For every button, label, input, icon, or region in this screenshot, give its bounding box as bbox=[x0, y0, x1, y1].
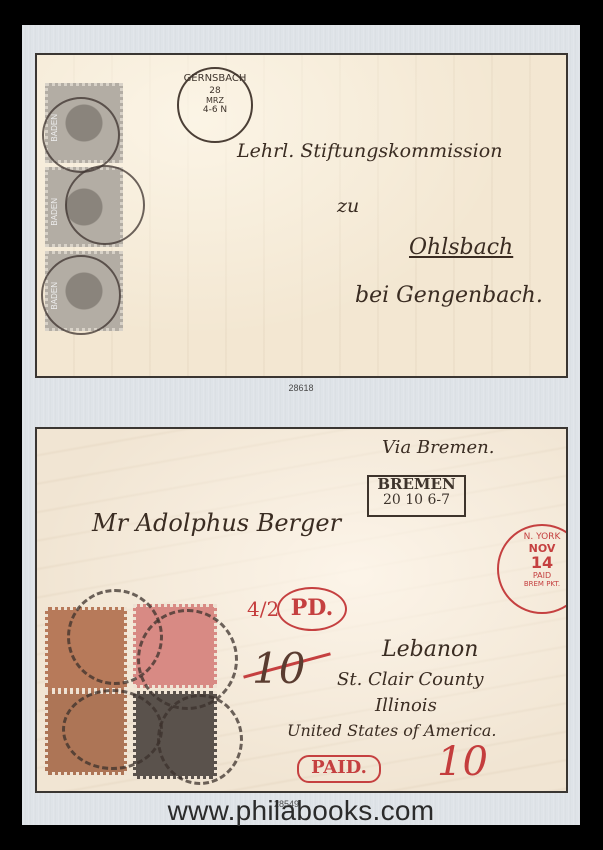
rate-10: 10 bbox=[437, 739, 488, 785]
paid-mark: PAID. bbox=[297, 755, 381, 783]
cancel-mark bbox=[41, 255, 121, 335]
address-line: United States of America. bbox=[287, 721, 496, 740]
address-line: Illinois bbox=[375, 695, 437, 716]
rate-scrawl: 10 bbox=[252, 644, 305, 693]
cover-gernsbach: BADEN BADEN BADEN GERNSBACH 28 MRZ 4-6 N… bbox=[35, 53, 568, 378]
cancel-mark bbox=[62, 689, 163, 770]
address-line: Ohlsbach bbox=[409, 235, 513, 260]
address-line: bei Gengenbach. bbox=[355, 283, 543, 308]
site-url[interactable]: www.philabooks.com bbox=[22, 795, 580, 827]
pd-mark: PD. bbox=[277, 587, 347, 631]
bremen-box-mark: BREMEN 20 10 6-7 bbox=[367, 475, 466, 517]
address-line: zu bbox=[337, 195, 359, 217]
ny-postmark: N. YORK NOV 14 PAID BREM PKT. bbox=[497, 524, 568, 614]
cancel-mark bbox=[157, 694, 243, 785]
rate-fraction: 4/2 bbox=[247, 597, 279, 621]
lot-number: 28618 bbox=[22, 383, 580, 393]
postmark-gernsbach: GERNSBACH 28 MRZ 4-6 N bbox=[177, 67, 253, 143]
routing-note: Via Bremen. bbox=[382, 437, 494, 458]
cancel-mark bbox=[42, 97, 120, 173]
addressee: Mr Adolphus Berger bbox=[92, 509, 341, 537]
cover-bremen: Via Bremen. BREMEN 20 10 6-7 Mr Adolphus… bbox=[35, 427, 568, 793]
address-line: Lehrl. Stiftungskommission bbox=[237, 140, 502, 162]
address-line: Lebanon bbox=[382, 637, 478, 662]
address-line: St. Clair County bbox=[337, 669, 484, 690]
cancel-mark bbox=[65, 165, 145, 245]
catalog-page: BADEN BADEN BADEN GERNSBACH 28 MRZ 4-6 N… bbox=[22, 25, 580, 825]
